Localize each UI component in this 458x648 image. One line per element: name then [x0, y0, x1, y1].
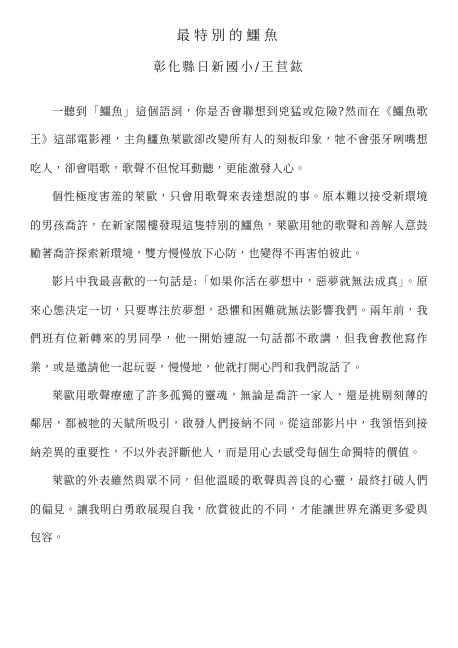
essay-paragraph: 影片中我最喜歡的一句話是:「如果你活在夢想中，惡夢就無法成真」。原來心態決定一切…	[30, 268, 428, 382]
essay-paragraph: 個性極度害羞的萊歐，只會用歌聲來表達想說的事。原本難以接受新環境的男孩喬許，在新…	[30, 183, 428, 268]
document-page: 最特別的鱷魚 彰化縣日新國小/王苣鈜 一聽到「鱷魚」這個語詞，你是否會聯想到兇猛…	[0, 0, 458, 648]
essay-body: 一聽到「鱷魚」這個語詞，你是否會聯想到兇猛或危險?然而在《鱷魚歌王》這部電影裡，…	[30, 98, 428, 553]
essay-paragraph: 萊歐的外表雖然與眾不同，但他溫暖的歌聲與善良的心靈，最終打破人們的偏見。讓我明白…	[30, 467, 428, 552]
essay-byline: 彰化縣日新國小/王苣鈜	[0, 57, 458, 75]
essay-title: 最特別的鱷魚	[0, 0, 458, 44]
essay-paragraph: 萊歐用歌聲療癒了許多孤獨的靈魂，無論是喬許一家人，還是挑剔刻薄的鄰居，都被牠的天…	[30, 382, 428, 467]
essay-paragraph: 一聽到「鱷魚」這個語詞，你是否會聯想到兇猛或危險?然而在《鱷魚歌王》這部電影裡，…	[30, 98, 428, 183]
